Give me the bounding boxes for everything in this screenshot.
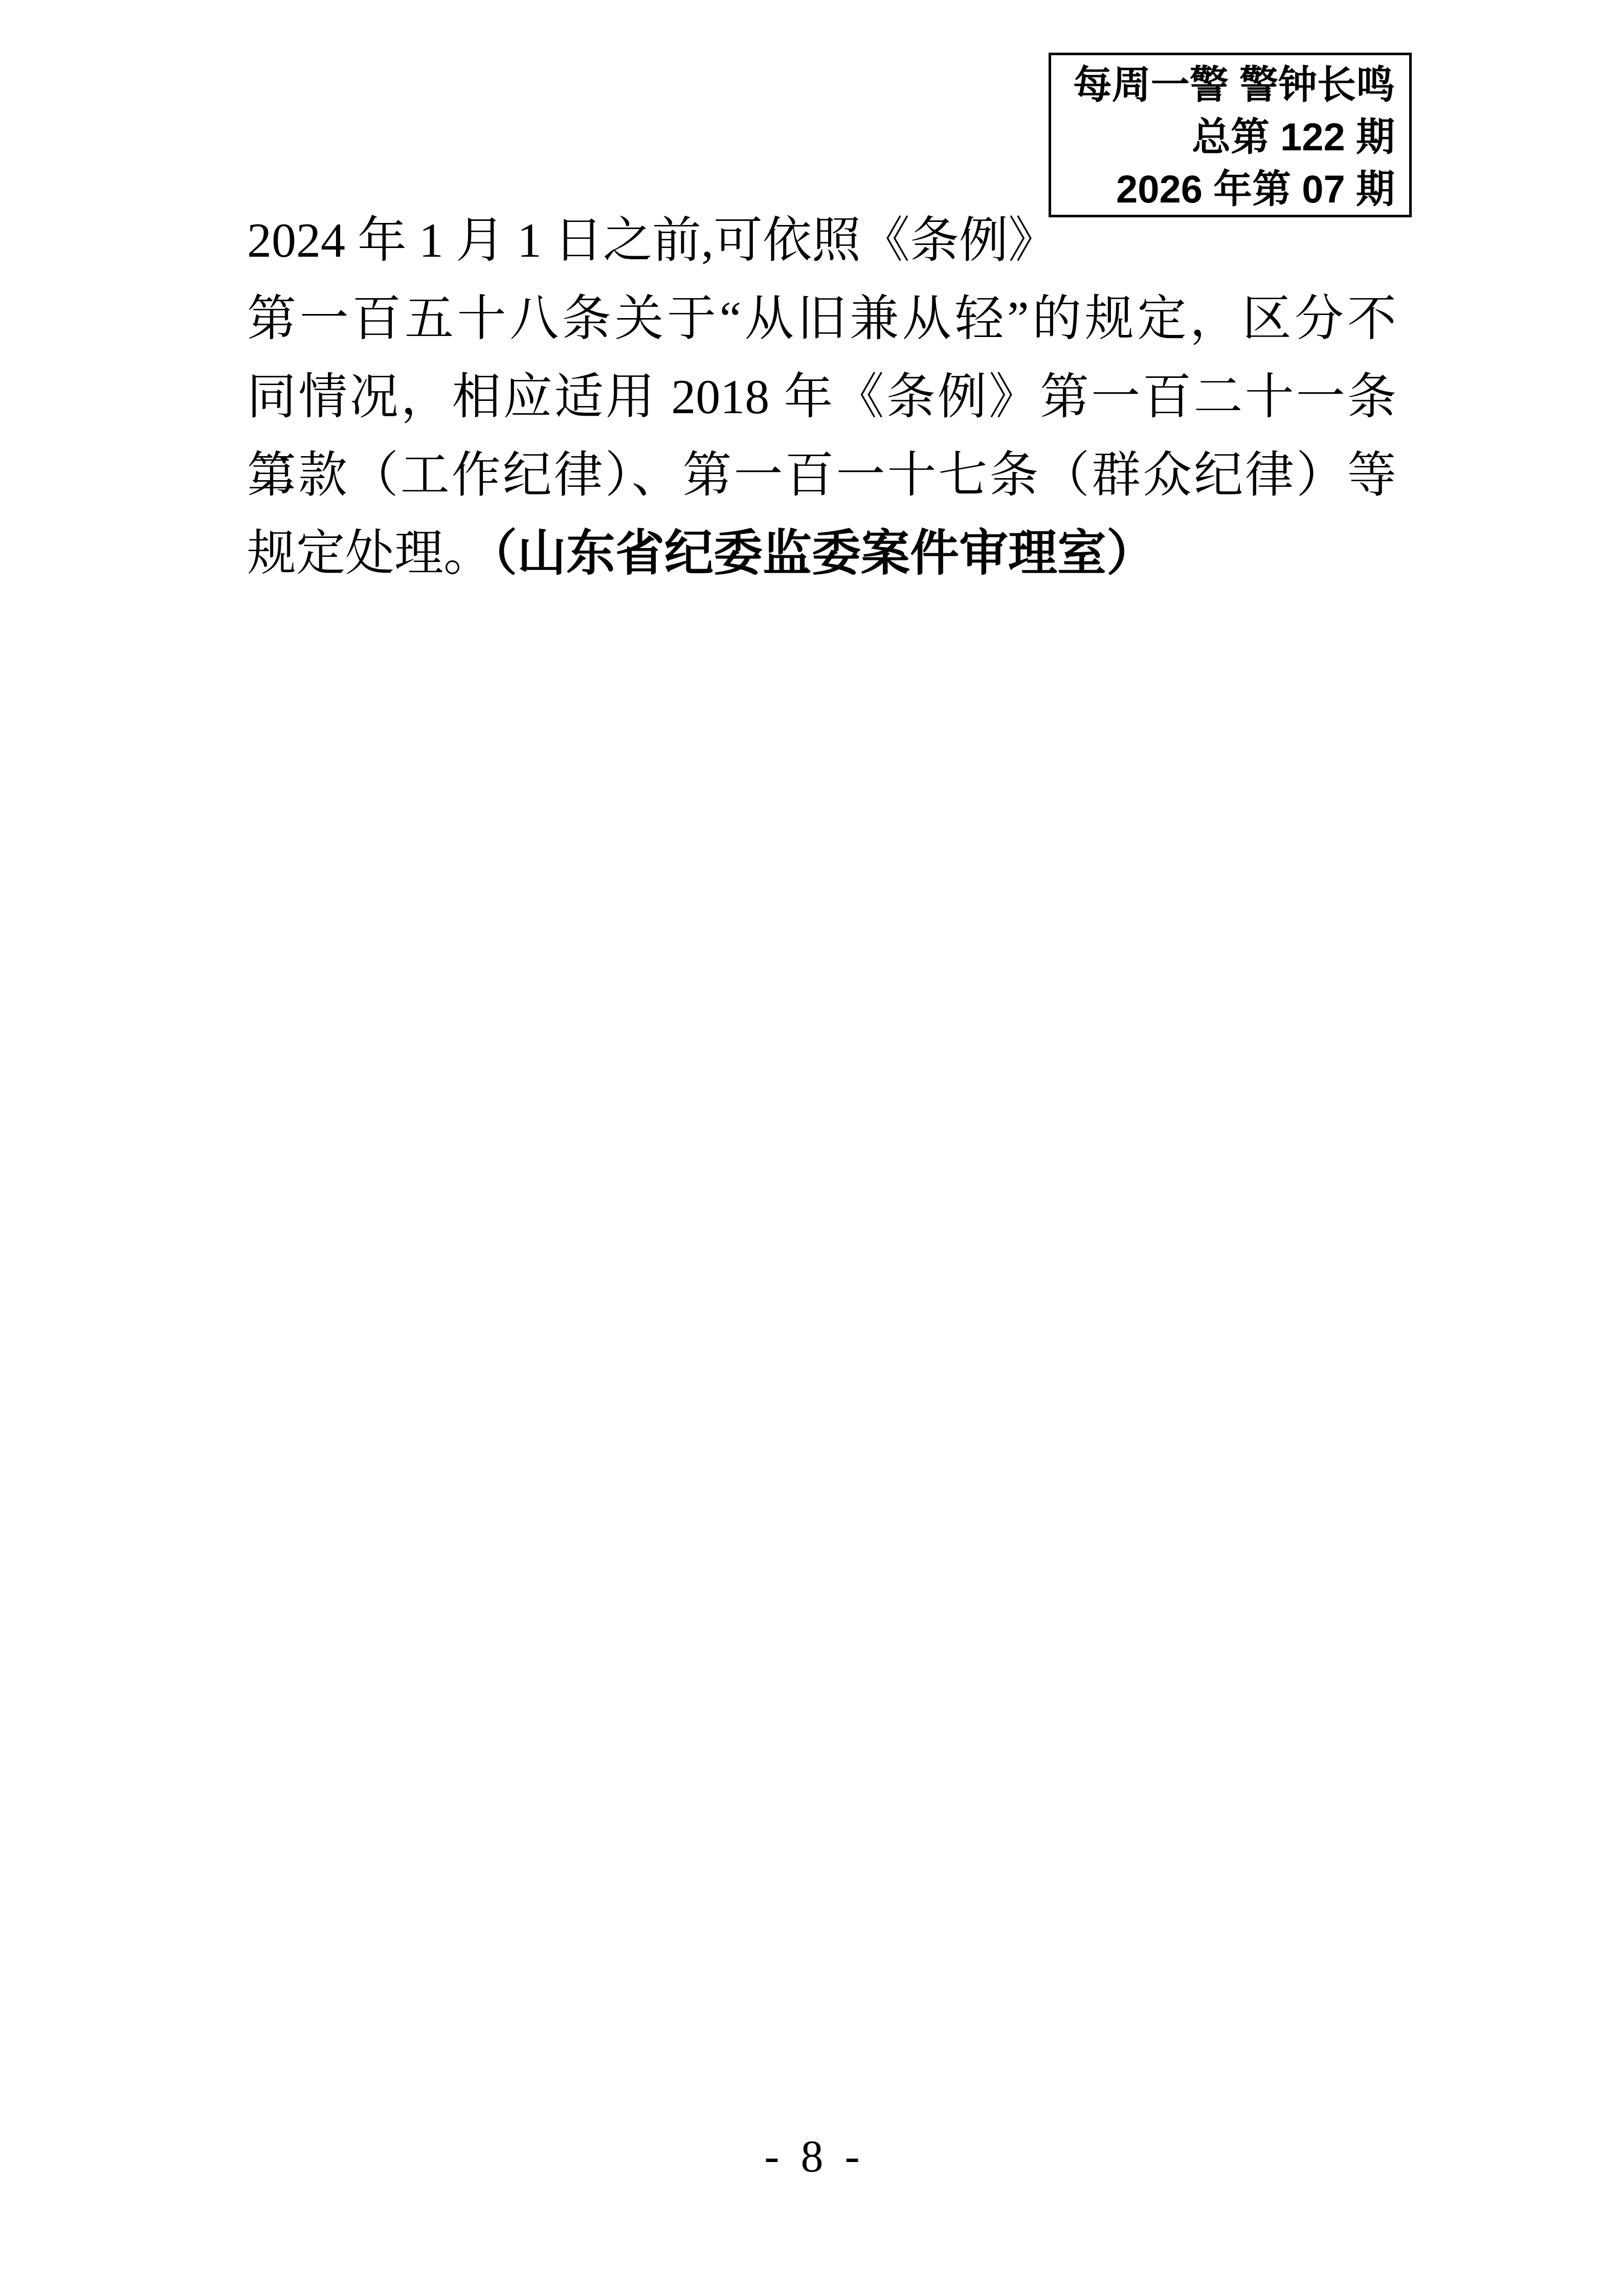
issue-box-total-number: 总第 122 期: [1056, 111, 1395, 164]
document-page: 每周一警 警钟长鸣 总第 122 期 2026 年第 07 期 2024 年 1…: [0, 0, 1624, 2296]
body-line-5: 规定处理。（山东省纪委监委案件审理室）: [247, 514, 1396, 592]
issue-box-title: 每周一警 警钟长鸣: [1056, 59, 1395, 111]
body-paragraph: 2024 年 1 月 1 日之前,可依照《条例》 第一百五十八条关于“从旧兼从轻…: [247, 201, 1396, 592]
body-line-2: 第一百五十八条关于“从旧兼从轻”的规定，区分不: [247, 279, 1396, 357]
page-number: - 8 -: [0, 2131, 1624, 2182]
body-line-4: 二款（工作纪律）、第一百一十七条（群众纪律）等: [247, 436, 1396, 514]
body-line-5-source-attribution: （山东省纪委监委案件审理室）: [493, 526, 1155, 580]
body-line-5-regular: 规定处理。: [247, 526, 493, 580]
issue-info-box: 每周一警 警钟长鸣 总第 122 期 2026 年第 07 期: [1049, 53, 1412, 217]
body-line-3: 同情况，相应适用 2018 年《条例》第一百二十一条第: [247, 357, 1396, 436]
body-line-1: 2024 年 1 月 1 日之前,可依照《条例》: [247, 201, 1396, 279]
